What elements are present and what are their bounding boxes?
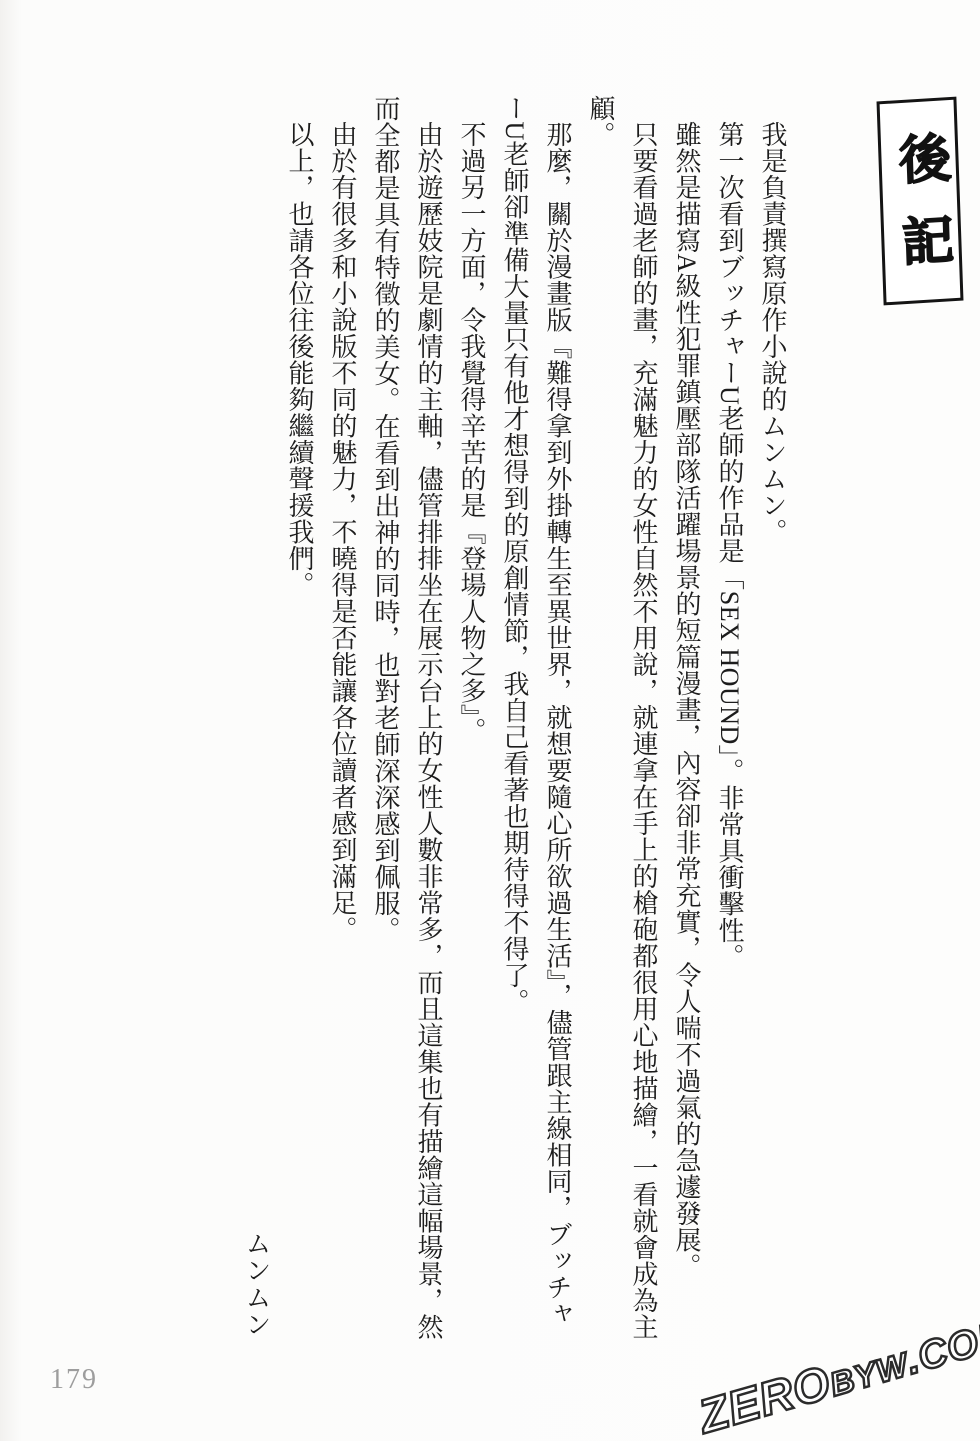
afterword-title: 後記 bbox=[891, 104, 950, 297]
book-page: 後記 我是負責撰寫原作小說的ムンムン。第一次看到ブッチャーU老師的作品是「SEX… bbox=[0, 0, 980, 1441]
text-column: 雖然是描寫A級性犯罪鎮壓部隊活躍場景的短篇漫畫，內容卻非常充實，令人喘不過氣的急… bbox=[665, 95, 708, 1350]
watermark-com: .COM bbox=[901, 1311, 980, 1383]
afterword-title-box: 後記 bbox=[877, 97, 964, 306]
text-column: 以上，也請各位往後能夠繼續聲援我們。 bbox=[278, 95, 321, 1350]
text-column: ーU老師卻準備大量只有他才想得到的原創情節，我自己看著也期待得不得了。 bbox=[493, 95, 536, 1350]
text-column: 我是負責撰寫原作小說的ムンムン。 bbox=[751, 95, 794, 1350]
text-column: 由於有很多和小說版不同的魅力，不曉得是否能讓各位讀者感到滿足。 bbox=[321, 95, 364, 1350]
text-column: 由於遊歷妓院是劇情的主軸，儘管排排坐在展示台上的女性人數非常多，而且這集也有描繪… bbox=[407, 95, 450, 1350]
text-column: 而全都是具有特徵的美女。在看到出神的同時，也對老師深深感到佩服。 bbox=[364, 95, 407, 1350]
afterword-text: 我是負責撰寫原作小說的ムンムン。第一次看到ブッチャーU老師的作品是「SEX HO… bbox=[235, 95, 794, 1350]
text-column: 顧。 bbox=[579, 95, 622, 1350]
text-column: 第一次看到ブッチャーU老師的作品是「SEX HOUND」。非常具衝擊性。 bbox=[708, 95, 751, 1350]
watermark-byw: byw bbox=[826, 1345, 913, 1403]
text-column: 只要看過老師的畫，充滿魅力的女性自然不用說，就連拿在手上的槍砲都很用心地描繪，一… bbox=[622, 95, 665, 1350]
page-number: 179 bbox=[50, 1364, 98, 1396]
watermark-zero: ZERO bbox=[693, 1355, 837, 1441]
author-signature: ムンムン bbox=[235, 95, 278, 1350]
text-column: 不過另一方面，令我覺得辛苦的是『登場人物之多』。 bbox=[450, 95, 493, 1350]
text-column: 那麼，關於漫畫版『難得拿到外掛轉生至異世界，就想要隨心所欲過生活』，儘管跟主線相… bbox=[536, 95, 579, 1350]
